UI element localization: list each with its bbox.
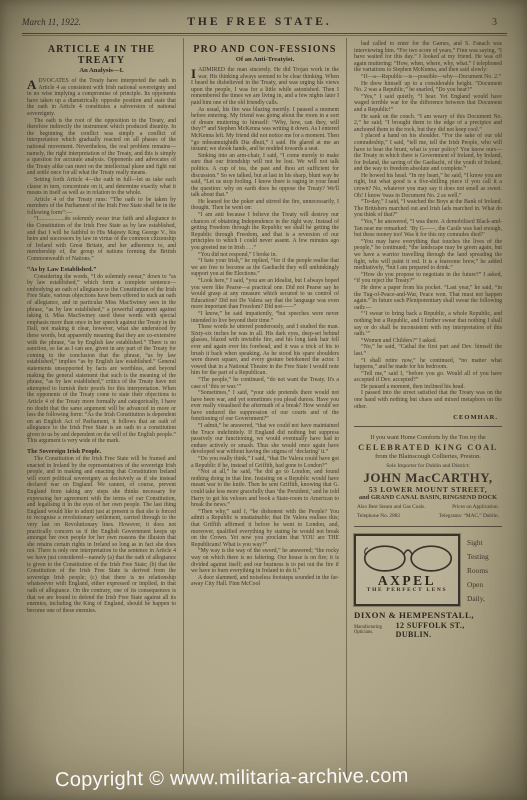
ad-address: and GRAND CANAL BASIN, RINGSEND DOCK (354, 494, 502, 501)
article-1-body: ADVOCATES of the Treaty have interpreted… (27, 78, 176, 614)
article-paragraph: The Constitution of the Irish Free State… (27, 456, 176, 614)
article-paragraph: “Look here,” I said, “you are an Idealis… (191, 278, 339, 311)
article-paragraph: ADVOCATES of the Treaty have interpreted… (27, 78, 176, 118)
ad-side-text-line: Open (467, 578, 502, 592)
ad-address: 53 LOWER MOUNT STREET, (354, 485, 502, 494)
article-paragraph: Article 4 of the Treaty runs: “The oath … (27, 197, 176, 217)
article-2-body: I ADMIRED the man sincerely. He did Troj… (191, 67, 339, 588)
article-paragraph: I placed a hand on his shoulder. “For th… (354, 133, 502, 173)
optician-advertisement: AXPEL THE PERFECT LENS SightTestingRooms… (354, 531, 502, 639)
article-paragraph: “If—a—Republic—is—possible—why—Document … (354, 74, 502, 81)
article-subhead: “As by Law Established.” (27, 266, 176, 273)
ad-firm-name: DIXON & HEMPENSTALL, (354, 610, 502, 620)
pince-nez-glasses-icon (360, 540, 456, 574)
article-paragraph: I ADMIRED the man sincerely. He did Troj… (191, 67, 339, 107)
article-paragraph: “I shall retire now,” he continued, “no … (354, 358, 502, 371)
ad-address: 12 SUFFOLK ST., DUBLIN. (396, 621, 502, 639)
ad-merchant-name: JOHN MacCARTHY, (354, 471, 502, 484)
article-paragraph: “I admit,” he answered, “that we could n… (191, 423, 339, 456)
article-paragraph: Considering the words, “I do solemnly sw… (27, 274, 176, 445)
article-paragraph: These words he uttered ponderously, and … (191, 324, 339, 377)
ad-telegrams: Telegrams: “MAC,” Dublin. (439, 513, 499, 519)
newspaper-title: THE FREE STATE. (152, 16, 368, 28)
column-layout: ARTICLE 4 IN THE TREATY An Analysis—I. A… (20, 38, 509, 780)
article-signature: CEOMHAR. (354, 414, 498, 421)
ad-side-text-line: Daily, (467, 592, 502, 606)
ad-side-text-line: Rooms (467, 564, 502, 578)
ad-brand-name: AXPEL (360, 575, 454, 587)
article-paragraph: “No,” he said, “Cathal the first part an… (354, 344, 502, 357)
divider (354, 526, 502, 527)
drop-cap: I (191, 67, 198, 79)
column-1: ARTICLE 4 IN THE TREATY An Analysis—I. A… (20, 38, 183, 780)
column-3: had called to enter for the Games, and S… (346, 38, 509, 780)
article-paragraph: “Not at all,” he said, “he did go to Lon… (191, 469, 339, 509)
article-paragraph: The oath is the root of the opposition t… (27, 118, 176, 177)
article-paragraph: “My way is the way of the sword,” he ans… (191, 548, 339, 574)
article-paragraph: had called to enter for the Games, and S… (354, 41, 502, 74)
article-1-title: ARTICLE 4 IN THE TREATY (27, 44, 176, 66)
article-paragraph: “The people,” he continued, “do not want… (191, 377, 339, 390)
article-paragraph: He drew a paper from his pocket. “Last y… (354, 285, 502, 311)
article-paragraph: “Tell me,” said I, “before you go. Would… (354, 371, 502, 384)
article-paragraph: “I am anti because I believe the Treaty … (191, 212, 339, 252)
ad-tagline: THE PERFECT LENS (360, 587, 454, 593)
ad-product-name: CELEBRATED KING COAL (354, 443, 502, 452)
ad-line: Sole Importer for Dublin and District: (354, 463, 502, 469)
article-paragraph: He sank on the couch. “I am weary of thi… (354, 114, 502, 134)
header-rule (22, 33, 507, 36)
ad-line: from the Blainscough Collieries, Preston… (354, 453, 502, 460)
article-paragraph: He bowed his head. “In my heart,” he sai… (354, 173, 502, 199)
article-paragraph: “Then why,” said I, “be dishonest with t… (191, 509, 339, 549)
page-header: March 11, 1922. THE FREE STATE. 3 (20, 12, 509, 33)
page-number: 3 (367, 17, 505, 28)
ad-line: If you want Home Comforts by the Ton try… (354, 434, 502, 441)
article-2-continuation: had called to enter for the Games, and S… (354, 41, 502, 410)
ad-occupation: Manufacturing Opticians. (354, 625, 396, 635)
article-2-title: PRO AND CON-FESSIONS (191, 44, 339, 55)
article-paragraph: “How do you propose to negotiate in the … (354, 272, 502, 285)
article-1-subtitle: An Analysis—I. (27, 67, 176, 74)
article-paragraph: As usual, his fire was blazing merrily. … (191, 107, 339, 153)
ad-note: Also Best Steam and Gas Coals. (357, 504, 426, 510)
coal-advertisement: If you want Home Comforts by the Ton try… (354, 431, 502, 523)
ad-side-text-line: Sight (467, 536, 502, 550)
article-paragraph: “I know,” he said impatiently, “but spee… (191, 311, 339, 324)
article-paragraph: “Yes,” I said quietly, “I hear. Yet Engl… (354, 94, 502, 114)
drop-cap: A (27, 78, 38, 90)
article-paragraph: I passed into the street satisfied that … (354, 390, 502, 410)
column-2: PRO AND CON-FESSIONS Of an Anti-Treatyis… (183, 38, 346, 780)
article-paragraph: “I..................do solemnly swear tr… (27, 216, 176, 262)
article-paragraph: “You may have everything that touches th… (354, 239, 502, 272)
article-subhead: The Sovereign Irish People. (27, 448, 176, 455)
article-paragraph: “I hate your Irish,” he replied, “for if… (191, 258, 339, 278)
article-paragraph: “Yes,” he answered, “I was there. A demo… (354, 219, 502, 239)
ad-phone: Telephone No. 2882 (357, 513, 400, 519)
divider (354, 426, 502, 427)
newspaper-page: March 11, 1922. THE FREE STATE. 3 ARTICL… (0, 0, 527, 800)
lens-ad-box: AXPEL THE PERFECT LENS (354, 534, 460, 606)
article-paragraph: He drew himself up to a considerable hei… (354, 81, 502, 94)
issue-date: March 11, 1922. (22, 17, 152, 27)
ad-side-text-line: Testing (467, 550, 502, 564)
article-paragraph: Sinking into an arm-chair, I said, “I co… (191, 153, 339, 199)
ad-note: Prices on Application. (452, 504, 499, 510)
article-paragraph: He leaned for the poker and stirred the … (191, 199, 339, 212)
article-paragraph: A door slammed, and noiseless footsteps … (191, 575, 339, 588)
article-paragraph: “To-day,” I said, “I watched the Boys at… (354, 199, 502, 219)
article-paragraph: “Do you really think,” I said, “that De … (191, 456, 339, 469)
article-paragraph: “Sometimes,” I said, “your side pretends… (191, 390, 339, 423)
article-paragraph: Setting forth Article 4—the oath in full… (27, 177, 176, 197)
article-paragraph: “‘I swear to bring back a Republic, a wh… (354, 311, 502, 337)
ad-side-text: SightTestingRoomsOpenDaily, (460, 534, 502, 606)
article-2-subtitle: Of an Anti-Treatyist. (191, 56, 339, 63)
